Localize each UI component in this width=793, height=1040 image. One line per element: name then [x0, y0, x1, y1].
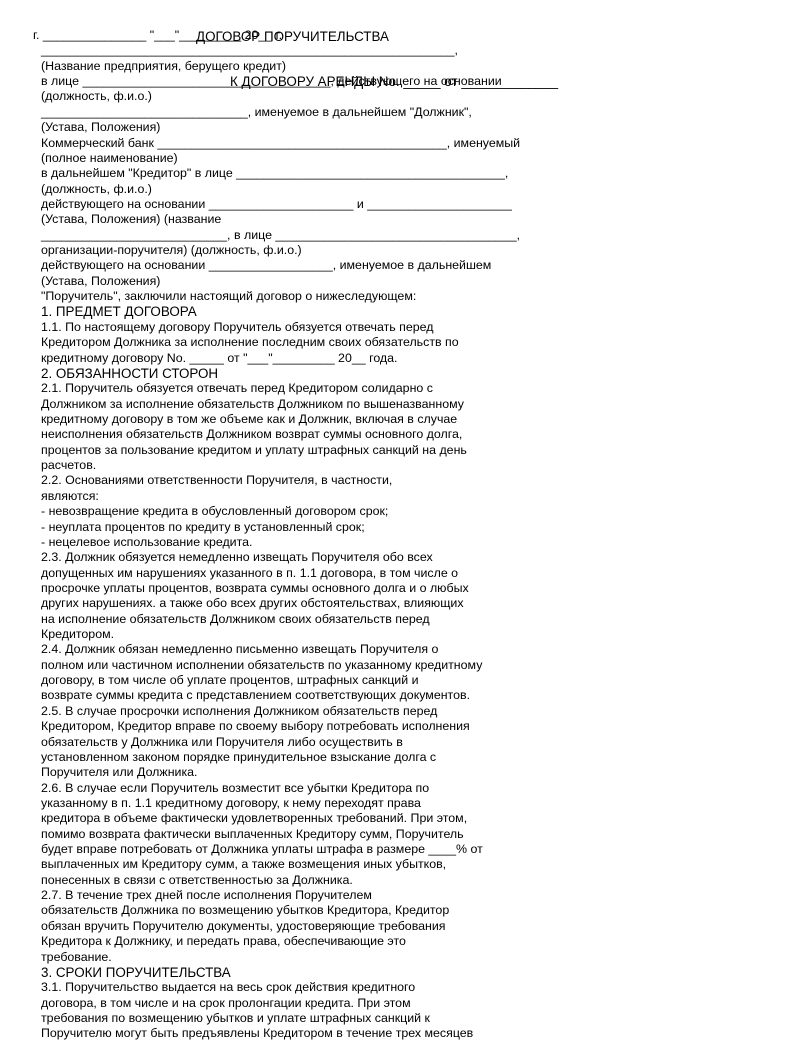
field-hint: (Устава, Положения): [41, 274, 761, 289]
document-line: установленном законом порядке принудител…: [41, 750, 761, 765]
section-heading: 3. СРОКИ ПОРУЧИТЕЛЬСТВА: [41, 965, 761, 980]
field-hint: (Название предприятия, берущего кредит): [41, 59, 761, 74]
document-line: - невозвращение кредита в обусловленный …: [41, 504, 761, 519]
document-line: 2.6. В случае если Поручитель возместит …: [41, 781, 761, 796]
document-line: 1.1. По настоящему договору Поручитель о…: [41, 320, 761, 335]
document-line: выплаченных им Кредитору сумм, а также в…: [41, 857, 761, 872]
document-line: кредитному договору No. _____ от "___"__…: [41, 351, 761, 366]
document-line: ______________________________, именуемо…: [41, 105, 761, 120]
document-line: допущенных им нарушениях указанного в п.…: [41, 566, 761, 581]
document-line: обязательств у Должника или Поручителя л…: [41, 735, 761, 750]
document-line: 2.2. Основаниями ответственности Поручит…: [41, 473, 761, 488]
document-line: - нецелевое использование кредита.: [41, 535, 761, 550]
field-hint: (должность, ф.и.о.): [41, 89, 761, 104]
field-hint: (Устава, Положения) (название: [41, 212, 761, 227]
document-line: в дальнейшем "Кредитор" в лице _________…: [41, 166, 761, 181]
document-line: Поручителю могут быть предъявлены Кредит…: [41, 1026, 761, 1040]
document-line: Поручителя или Должника.: [41, 765, 761, 780]
document-line: Должником за исполнение обязательств Дол…: [41, 397, 761, 412]
document-line: 3.1. Поручительство выдается на весь сро…: [41, 980, 761, 995]
document-line: Кредитора к Должнику, и передать права, …: [41, 934, 761, 949]
document-line: полном или частичном исполнении обязател…: [41, 658, 761, 673]
section-heading: 2. ОБЯЗАННОСТИ СТОРОН: [41, 366, 761, 381]
document-line: в лице _________________________________…: [41, 74, 761, 89]
document-line: будет вправе потребовать от Должника упл…: [41, 842, 761, 857]
field-hint: (полное наименование): [41, 151, 761, 166]
document-line: ________________________________________…: [41, 43, 761, 58]
document-line: - неуплата процентов по кредиту в устано…: [41, 520, 761, 535]
document-line: обязательств Должника по возмещению убыт…: [41, 903, 761, 918]
document-body: г. _______________ "___"_________ 20__ г…: [41, 28, 761, 1040]
document-line: г. _______________ "___"_________ 20__ г…: [33, 28, 761, 43]
document-line: 2.4. Должник обязан немедленно письменно…: [41, 642, 761, 657]
document-line: помимо возврата фактически выплаченных К…: [41, 827, 761, 842]
document-line: указанному в п. 1.1 кредитному договору,…: [41, 796, 761, 811]
document-line: ___________________________, в лице ____…: [41, 228, 761, 243]
document-line: Коммерческий банк ______________________…: [41, 136, 761, 151]
document-page: ДОГОВОР ПОРУЧИТЕЛЬСТВА К ДОГОВОРУ АРЕНДЫ…: [0, 0, 793, 1040]
document-line: являются:: [41, 489, 761, 504]
document-line: понесенных в связи с ответственностью за…: [41, 873, 761, 888]
document-line: требования по возмещению убытков и уплат…: [41, 1011, 761, 1026]
field-hint: организации-поручителя) (должность, ф.и.…: [41, 243, 761, 258]
document-line: требование.: [41, 950, 761, 965]
document-line: процентов за пользование кредитом и упла…: [41, 443, 761, 458]
document-line: договору, в том числе об уплате проценто…: [41, 673, 761, 688]
field-hint: (Устава, Положения): [41, 120, 761, 135]
document-line: 2.1. Поручитель обязуется отвечать перед…: [41, 381, 761, 396]
document-line: на исполнение обязательств Должником сво…: [41, 612, 761, 627]
document-line: Кредитором Должника за исполнение послед…: [41, 335, 761, 350]
document-line: кредитора в объеме фактически удовлетвор…: [41, 811, 761, 826]
document-line: возврате суммы кредита с представлением …: [41, 688, 761, 703]
document-line: договора, в том числе и на срок пролонга…: [41, 996, 761, 1011]
document-line: обязан вручить Поручителю документы, удо…: [41, 919, 761, 934]
document-line: "Поручитель", заключили настоящий догово…: [41, 289, 761, 304]
document-line: расчетов.: [41, 458, 761, 473]
document-line: 2.5. В случае просрочки исполнения Должн…: [41, 704, 761, 719]
document-line: 2.7. В течение трех дней после исполнени…: [41, 888, 761, 903]
document-line: действующего на основании ______________…: [41, 258, 761, 273]
document-line: неисполнения обязательств Должником возв…: [41, 427, 761, 442]
document-line: Кредитором, Кредитор вправе по своему вы…: [41, 719, 761, 734]
document-line: Кредитором.: [41, 627, 761, 642]
document-line: других нарушениях. а также обо всех друг…: [41, 596, 761, 611]
section-heading: 1. ПРЕДМЕТ ДОГОВОРА: [41, 304, 761, 319]
document-line: кредитному договору в том же объеме как …: [41, 412, 761, 427]
document-line: действующего на основании ______________…: [41, 197, 761, 212]
document-line: 2.3. Должник обязуется немедленно извеща…: [41, 550, 761, 565]
document-line: просрочке уплаты процентов, возврата сум…: [41, 581, 761, 596]
field-hint: (должность, ф.и.о.): [41, 182, 761, 197]
